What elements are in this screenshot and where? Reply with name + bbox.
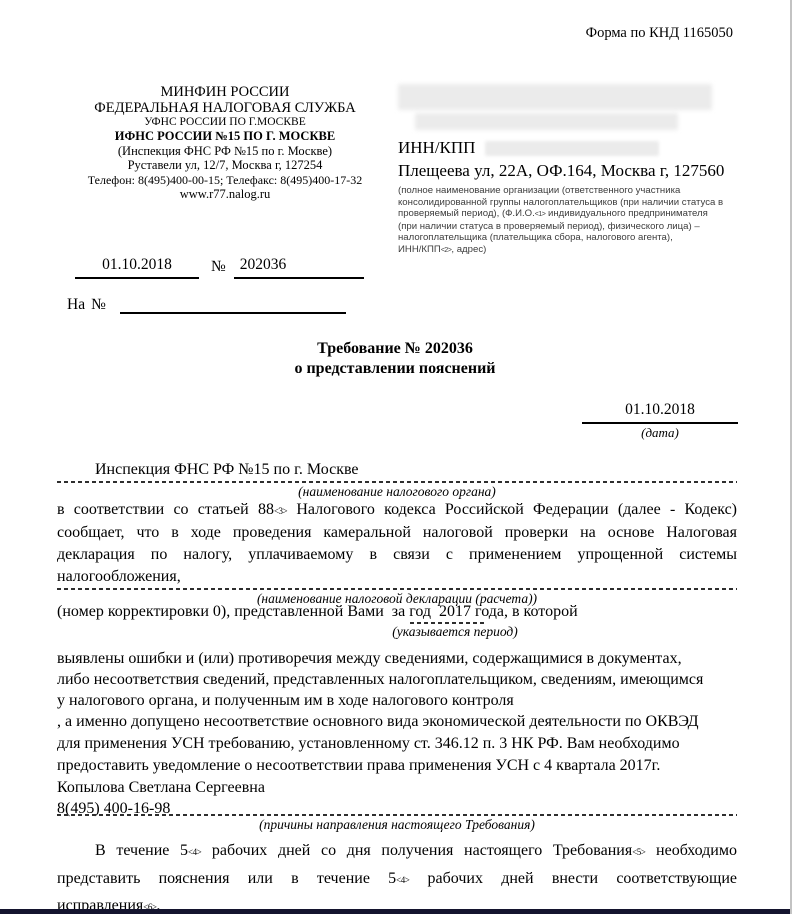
- final-line: представить пояснения или в течение 5<4>…: [57, 866, 737, 894]
- contact-name: Копылова Светлана Сергеевна: [57, 777, 737, 798]
- title-line-2: о представлении пояснений: [0, 359, 790, 379]
- sender-service: ФЕДЕРАЛЬНАЯ НАЛОГОВАЯ СЛУЖБА: [57, 100, 393, 116]
- sender-inspection: (Инспекция ФНС РФ №15 по г. Москве): [57, 144, 393, 159]
- authority-caption: (наименование налогового органа): [57, 483, 737, 499]
- footnote-marker-2: <2>: [441, 247, 452, 254]
- page-bottom-edge: [0, 909, 790, 914]
- footnote-marker-1: <1>: [535, 211, 546, 218]
- period-caption: (указывается период): [380, 624, 530, 639]
- date-field-block: 01.10.2018 (дата): [582, 401, 738, 441]
- reply-na-label: На: [67, 296, 85, 314]
- date-value: 01.10.2018: [582, 401, 738, 424]
- document-meta: 01.10.2018 № 202036 На №: [57, 256, 364, 314]
- number-sign: №: [211, 258, 226, 276]
- recipient-note-line: (при наличии статуса в проверяемый перио…: [398, 221, 732, 233]
- authority-name: Инспекция ФНС РФ №15 по г. Москве: [57, 461, 737, 479]
- reply-no-label: №: [91, 296, 106, 314]
- final-instruction: В течение 5<4> рабочих дней со дня получ…: [57, 838, 737, 914]
- final-line: В течение 5<4> рабочих дней со дня получ…: [57, 838, 737, 866]
- sender-ministry: МИНФИН РОССИИ: [57, 84, 393, 100]
- paragraph-basis-line: сообщает, что в ходе проведения камераль…: [57, 522, 737, 544]
- reasons-caption: (причины направления настоящего Требован…: [57, 816, 737, 832]
- doc-date-field: 01.10.2018: [75, 256, 199, 279]
- findings-line: выявлены ошибки и (или) противоречия меж…: [57, 648, 737, 669]
- redacted-org-name: [398, 84, 712, 110]
- letterhead: МИНФИН РОССИИ ФЕДЕРАЛЬНАЯ НАЛОГОВАЯ СЛУЖ…: [57, 84, 747, 257]
- reply-number-row: На №: [57, 295, 364, 314]
- paragraph-basis-line: декларация по налогу, уплачиваемому в св…: [57, 544, 737, 566]
- sender-ifns: ИФНС РОССИИ №15 ПО Г. МОСКВЕ: [57, 129, 393, 144]
- date-number-row: 01.10.2018 № 202036: [57, 256, 364, 279]
- paragraph-basis: в соответствии со статьей 88<3> Налогово…: [57, 499, 737, 606]
- sender-ufns: УФНС РОССИИ ПО Г.МОСКВЕ: [57, 116, 393, 129]
- form-code: Форма по КНД 1165050: [586, 25, 733, 42]
- sender-block: МИНФИН РОССИИ ФЕДЕРАЛЬНАЯ НАЛОГОВАЯ СЛУЖ…: [57, 84, 393, 257]
- redacted-inn-kpp-value: [485, 141, 659, 156]
- sender-phone: Телефон: 8(495)400-00-15; Телефакс: 8(49…: [57, 173, 393, 188]
- doc-number-field: 202036: [234, 256, 364, 279]
- correction-line: (номер корректировки 0), представленной …: [57, 602, 737, 621]
- redacted-org-name-2: [415, 113, 678, 130]
- recipient-note-line: ИНН/КПП<2>, адрес): [398, 244, 732, 257]
- recipient-note-line: проверяемый период), (Ф.И.О.<1> индивиду…: [398, 208, 732, 221]
- correction-section: (номер корректировки 0), представленной …: [57, 602, 737, 639]
- reply-number-field: [120, 295, 346, 314]
- violation-line: , а именно допущено несоответствие основ…: [57, 711, 737, 733]
- footnote-marker-5: <5>: [632, 847, 645, 857]
- findings-line: либо несоответствия сведений, представле…: [57, 669, 737, 690]
- reasons-section: (причины направления настоящего Требован…: [57, 814, 737, 832]
- findings-line: у налогового органа, и полученным им в х…: [57, 690, 737, 711]
- paragraph-basis-line: в соответствии со статьей 88<3> Налогово…: [57, 499, 737, 522]
- paragraph-basis-line: налогообложения,: [57, 566, 737, 588]
- inn-kpp-row: ИНН/КПП: [398, 138, 743, 158]
- inn-kpp-label: ИНН/КПП: [398, 138, 475, 158]
- violation-details: , а именно допущено несоответствие основ…: [57, 711, 737, 777]
- footnote-marker-3: <3>: [274, 506, 287, 516]
- recipient-address: Плещеева ул, 22А, ОФ.164, Москва г, 1275…: [398, 160, 743, 181]
- violation-line: предоставить уведомление о несоответстви…: [57, 755, 737, 777]
- footnote-marker-4: <4>: [188, 847, 201, 857]
- authority-section: Инспекция ФНС РФ №15 по г. Москве (наиме…: [57, 461, 737, 499]
- recipient-note-line: налогоплательщика (плательщика сбора, на…: [398, 232, 732, 244]
- sender-website: www.r77.nalog.ru: [57, 187, 393, 202]
- violation-line: для применения УСН требованию, установле…: [57, 733, 737, 755]
- recipient-note-line: консолидированной группы налогоплательщи…: [398, 197, 732, 209]
- recipient-note: (полное наименование организации (ответс…: [398, 185, 732, 257]
- findings-section: выявлены ошибки и (или) противоречия меж…: [57, 648, 737, 819]
- title-line-1: Требование № 202036: [0, 339, 790, 359]
- sender-address: Руставели ул, 12/7, Москва г, 127254: [57, 158, 393, 173]
- document-page: Форма по КНД 1165050 МИНФИН РОССИИ ФЕДЕР…: [0, 0, 792, 914]
- date-caption: (дата): [582, 424, 738, 441]
- recipient-block: ИНН/КПП Плещеева ул, 22А, ОФ.164, Москва…: [398, 84, 743, 257]
- footnote-marker-4: <4>: [396, 875, 409, 885]
- recipient-note-line: (полное наименование организации (ответс…: [398, 185, 732, 197]
- document-title: Требование № 202036 о представлении пояс…: [0, 339, 790, 379]
